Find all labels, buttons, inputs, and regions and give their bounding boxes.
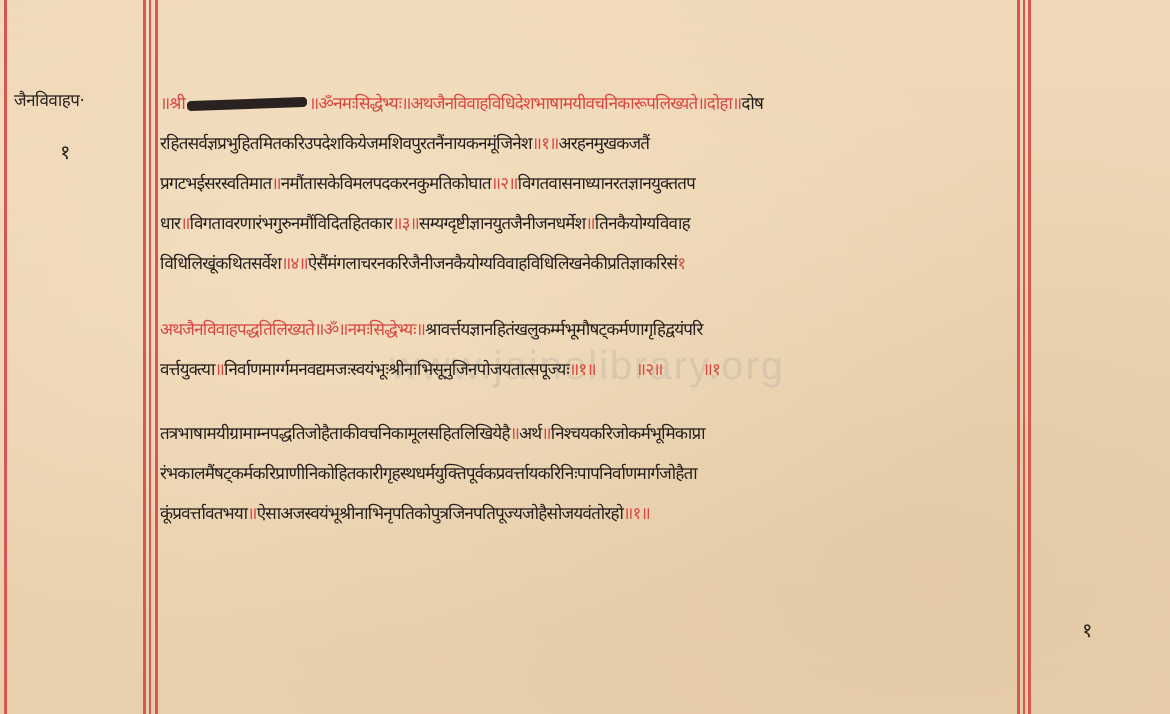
body-text: तिनकैयोग्यविवाह [595,214,690,234]
folio-number-left: १ [60,138,70,165]
text-line: तत्रभाषामयीग्रामाम्नपद्धतिजोहैताकीवचनिका… [160,414,1018,454]
margin-title: जैनविवाहप· [14,88,84,111]
text-line: धार॥विगतावरणारंभगुरुनमौंविदितहितकार॥३॥सम… [160,204,1018,244]
verse-marker: ॥ [541,424,550,444]
left-edge-border-rule [4,0,7,714]
verse-marker: ॥१॥ [532,134,559,154]
text-block-commentary: तत्रभाषामयीग्रामाम्नपद्धतिजोहैताकीवचनिका… [160,414,1018,534]
text-line: कूंप्रवर्त्तावतभया॥ऐसाअजस्वयंभूश्रीनाभिन… [160,494,1018,534]
verse-marker: ॥ [180,214,189,234]
text-line: वर्त्तयुक्त्या॥निर्वाणमार्ग्गमनवद्यमजःस्… [160,350,1018,390]
left-margin-rule-1 [143,0,146,714]
verse-marker: १ [677,254,685,274]
rubric-heading: अथजैनविवाहपद्धतिलिख्यते॥ॐ॥नमःसिद्धेभ्यः॥ [160,320,425,340]
verse-marker: ॥१॥ [623,504,650,524]
text-line: ॥श्री॥ॐनमःसिद्धेभ्यः॥अथजैनविवाहविधिदेशभा… [160,84,1018,124]
body-text: निश्चयकरिजोकर्मभूमिकाप्रा [551,424,705,444]
body-text: रंभकालमैंषट्कर्मकरिप्राणीनिकोहितकारीगृहस… [160,464,697,484]
text-line: रहितसर्वज्ञप्रभुहितमितकरिउपदेशकियेजमशिवप… [160,124,1018,164]
body-text: ऐसैंमंगलाचरनकरिजैनीजनकैयोग्यविवाहविधिलिख… [308,254,677,274]
verse-marker: ॥ [247,504,256,524]
body-text: धार [160,214,180,234]
body-text: विगतावरणारंभगुरुनमौंविदितहितकार [190,214,393,234]
verse-marker: ॥ [510,424,519,444]
left-margin-rule-2 [149,0,151,714]
body-text: श्रावर्त्तयज्ञानहितंखलुकर्म्मभूमौषट्कर्म… [425,320,703,340]
verse-marker: ॥ [215,360,224,380]
right-margin-rule-3 [1028,0,1031,714]
body-text: निर्वाणमार्ग्गमनवद्यमजःस्वयंभूःश्रीनाभिस… [224,360,569,380]
text-block-invocation: ॥श्री॥ॐनमःसिद्धेभ्यः॥अथजैनविवाहविधिदेशभा… [160,84,1018,284]
body-text: कूंप्रवर्त्तावतभया [160,504,247,524]
verse-marker: ॥ [271,174,280,194]
left-margin-rule-3 [155,0,158,714]
verse-marker: ॥१ [703,360,720,380]
text-block-sanskrit-verse: अथजैनविवाहपद्धतिलिख्यते॥ॐ॥नमःसिद्धेभ्यः॥… [160,310,1018,390]
body-text: रहितसर्वज्ञप्रभुहितमितकरिउपदेशकियेजमशिवप… [160,134,532,154]
body-text: अर्थ [519,424,541,444]
verse-marker: ॥३॥ [392,214,419,234]
text-line: विधिलिखूंकथितसर्वेश॥४॥ऐसैंमंगलाचरनकरिजैन… [160,244,1018,284]
verse-marker: ॥२॥ [491,174,518,194]
body-text: अरहनमुखकजतैं [559,134,650,154]
body-text: दोष [741,94,763,114]
verse-marker: ॥ [585,214,594,234]
body-text: सम्यग्दृष्टीज्ञानयुतजैनीजनधर्मेश [419,214,585,234]
right-margin-rule-2 [1023,0,1025,714]
text-line: प्रगटभईसरस्वतिमात॥नमौंतासकेविमलपदकरनकुमत… [160,164,1018,204]
body-text: तत्रभाषामयीग्रामाम्नपद्धतिजोहैताकीवचनिका… [160,424,510,444]
verse-marker: ॥१॥ [569,360,596,380]
folio-number-right: १ [1082,616,1092,643]
ink-strikeout [187,97,307,111]
rubric-text: ॥श्री [160,94,185,114]
body-text: विगतवासनाध्यानरतज्ञानयुक्ततप [518,174,695,194]
body-text: नमौंतासकेविमलपदकरनकुमतिकोघात [281,174,491,194]
verse-marker: ॥२॥ [636,360,663,380]
body-text: ऐसाअजस्वयंभूश्रीनाभिनृपतिकोपुत्रजिनपतिपू… [257,504,623,524]
manuscript-page: जैनविवाहप· १ १ www.jainelibrary.org ॥श्र… [0,0,1170,714]
text-line: अथजैनविवाहपद्धतिलिख्यते॥ॐ॥नमःसिद्धेभ्यः॥… [160,310,1018,350]
rubric-heading: ॥ॐनमःसिद्धेभ्यः॥अथजैनविवाहविधिदेशभाषामयी… [309,94,741,114]
body-text: वर्त्तयुक्त्या [160,360,215,380]
body-text: प्रगटभईसरस्वतिमात [160,174,271,194]
verse-marker: ॥४॥ [281,254,308,274]
text-line: रंभकालमैंषट्कर्मकरिप्राणीनिकोहितकारीगृहस… [160,454,1018,494]
body-text: विधिलिखूंकथितसर्वेश [160,254,281,274]
